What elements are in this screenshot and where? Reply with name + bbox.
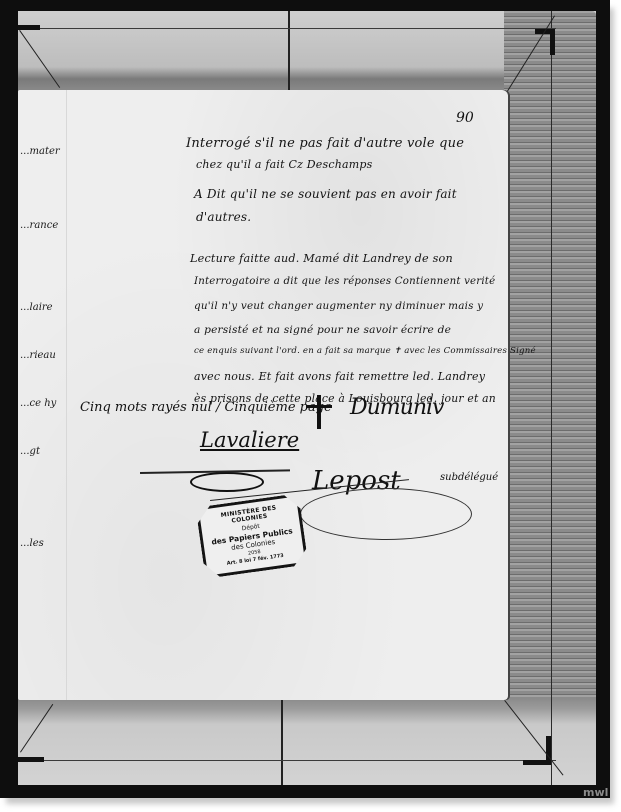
- guide-line-right: [551, 11, 552, 785]
- guide-line-top: [18, 28, 556, 29]
- guide-line-bottom-center: [281, 700, 283, 785]
- page-number: 90: [456, 110, 474, 126]
- manuscript-line: avec nous. Et fait avons fait remettre l…: [194, 370, 485, 383]
- manuscript-line: Lecture faitte aud. Mamé dit Landrey de …: [190, 252, 453, 265]
- margin-fragment: ...les: [20, 538, 44, 549]
- board-bottom-band: [18, 698, 596, 785]
- signature-title: subdélégué: [440, 472, 498, 483]
- margin-fragment: ...laire: [20, 302, 53, 313]
- manuscript-line: Interrogatoire a dit que les réponses Co…: [194, 276, 495, 287]
- margin-fragment: ...gt: [20, 446, 40, 457]
- manuscript-line: a persisté et na signé pour ne savoir éc…: [194, 324, 451, 336]
- guide-line-top-center: [288, 11, 290, 91]
- board-right-strip: [504, 11, 596, 785]
- signature-flourish: [300, 488, 472, 540]
- manuscript-line: qu'il n'y veut changer augmenter ny dimi…: [194, 300, 483, 312]
- guide-line-bottom: [18, 760, 556, 761]
- archive-stamp: MINISTÈRE DES COLONIES Dépôt des Papiers…: [195, 493, 308, 579]
- corner-bracket-bottom-left: [18, 757, 44, 762]
- margin-fragment: ...rance: [20, 220, 58, 231]
- signature: Dumuniv: [350, 395, 443, 420]
- cross-mark-icon: [306, 395, 332, 429]
- margin-fragment: ...mater: [20, 146, 60, 157]
- underlying-sheet-edge: [66, 90, 67, 700]
- manuscript-line: ce enquis suivant l'ord. en a fait sa ma…: [194, 346, 536, 356]
- signature-flourish: [190, 472, 264, 492]
- manuscript-line: A Dit qu'il ne se souvient pas en avoir …: [194, 187, 457, 201]
- margin-fragment: ...rieau: [20, 350, 56, 361]
- manuscript-line: d'autres.: [196, 210, 251, 224]
- manuscript-line: Interrogé s'il ne pas fait d'autre vole …: [186, 136, 464, 151]
- corner-bracket-top-right-v: [550, 29, 555, 55]
- manuscript-line: chez qu'il a fait Cz Deschamps: [196, 158, 372, 171]
- corner-bracket-top-left: [18, 25, 40, 30]
- signature: Lavaliere: [200, 428, 299, 452]
- watermark: mwl: [583, 786, 608, 799]
- margin-notation: Cinq mots rayés nul / Cinquième page: [80, 400, 332, 415]
- margin-fragment: ...ce hy: [20, 398, 56, 409]
